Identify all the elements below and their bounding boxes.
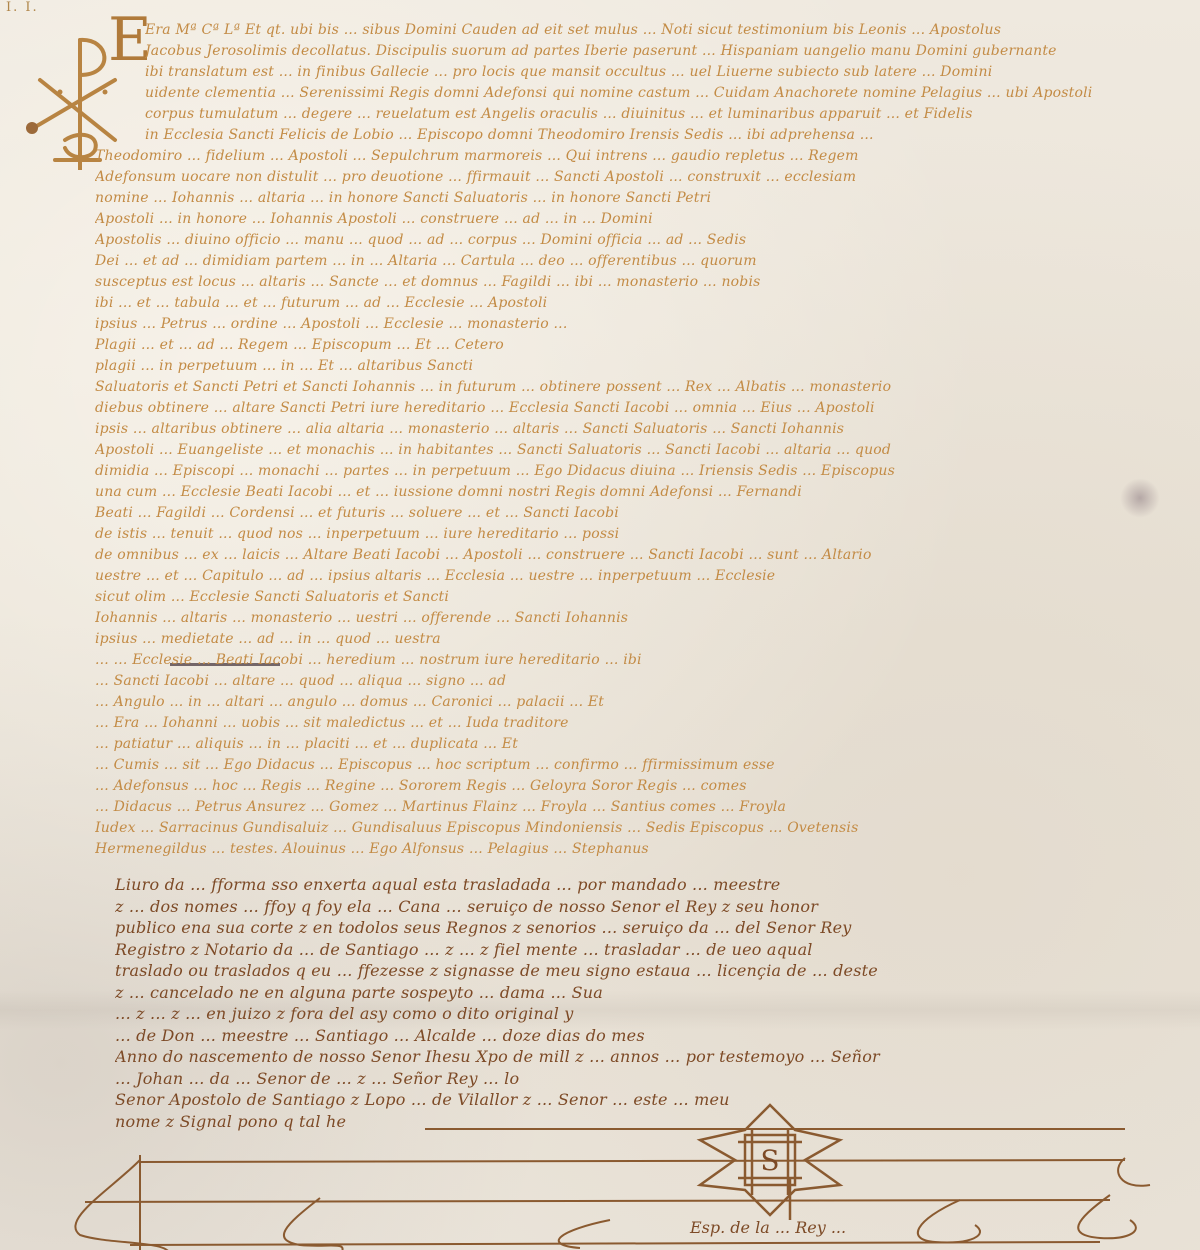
latin-line: Beati ... Fagildi ... Cordensi ... et fu… [95, 505, 1195, 521]
latin-line: una cum ... Ecclesie Beati Iacobi ... et… [95, 484, 1195, 500]
latin-line: Iudex ... Sarracinus Gundisaluiz ... Gun… [95, 820, 1195, 836]
notarial-line: Senor Apostolo de Santiago z Lopo ... de… [115, 1090, 1145, 1109]
archive-mark: I. I. [6, 0, 39, 15]
latin-line: ibi translatum est ... in finibus Gallec… [145, 64, 1195, 80]
illuminated-initial: E [108, 10, 152, 70]
latin-line: susceptus est locus ... altaris ... Sanc… [95, 274, 1195, 290]
notary-caption: Esp. de la ... Rey ... [690, 1218, 846, 1237]
latin-line: Apostolis ... diuino officio ... manu ..… [95, 232, 1195, 248]
notarial-line: publico ena sua corte z en todolos seus … [115, 918, 1145, 937]
latin-line: corpus tumulatum ... degere ... reuelatu… [145, 106, 1195, 122]
latin-line: ... Era ... Iohanni ... uobis ... sit ma… [95, 715, 1195, 731]
latin-line: Apostoli ... Euangeliste ... et monachis… [95, 442, 1195, 458]
latin-line: ibi ... et ... tabula ... et ... futurum… [95, 295, 1195, 311]
latin-line: Theodomiro ... fidelium ... Apostoli ...… [95, 148, 1195, 164]
latin-line: uestre ... et ... Capitulo ... ad ... ip… [95, 568, 1195, 584]
latin-line: ... Sancti Iacobi ... altare ... quod ..… [95, 673, 1195, 689]
latin-line: Dei ... et ad ... dimidiam partem ... in… [95, 253, 1195, 269]
notarial-line: z ... cancelado ne en alguna parte sospe… [115, 983, 1145, 1002]
latin-line: dimidia ... Episcopi ... monachi ... par… [95, 463, 1195, 479]
latin-line: de omnibus ... ex ... laicis ... Altare … [95, 547, 1195, 563]
signature-flourishes [0, 1130, 1200, 1250]
latin-line: Apostoli ... in honore ... Iohannis Apos… [95, 211, 1195, 227]
latin-line: ipsius ... Petrus ... ordine ... Apostol… [95, 316, 1195, 332]
latin-line: ... Adefonsus ... hoc ... Regis ... Regi… [95, 778, 1195, 794]
latin-line: in Ecclesia Sancti Felicis de Lobio ... … [145, 127, 1195, 143]
latin-line: Iohannis ... altaris ... monasterio ... … [95, 610, 1195, 626]
latin-line: sicut olim ... Ecclesie Sancti Saluatori… [95, 589, 1195, 605]
latin-line: ... ... Ecclesie ... Beati Iacobi ... he… [95, 652, 1195, 668]
latin-line: ipsius ... medietate ... ad ... in ... q… [95, 631, 1195, 647]
latin-line: Era Mª Cª Lª Et qt. ubi bis ... sibus Do… [145, 22, 1195, 38]
latin-line: Saluatoris et Sancti Petri et Sancti Ioh… [95, 379, 1195, 395]
latin-line: ... Cumis ... sit ... Ego Didacus ... Ep… [95, 757, 1195, 773]
latin-line: Plagii ... et ... ad ... Regem ... Episc… [95, 337, 1195, 353]
notarial-line: ... Johan ... da ... Senor de ... z ... … [115, 1069, 1145, 1088]
latin-line: ... Angulo ... in ... altari ... angulo … [95, 694, 1195, 710]
latin-line: diebus obtinere ... altare Sancti Petri … [95, 400, 1195, 416]
latin-line: ipsis ... altaribus obtinere ... alia al… [95, 421, 1195, 437]
latin-line: plagii ... in perpetuum ... in ... Et ..… [95, 358, 1195, 374]
latin-line: de istis ... tenuit ... quod nos ... inp… [95, 526, 1195, 542]
notarial-line: Registro z Notario da ... de Santiago ..… [115, 940, 1145, 959]
notarial-line: z ... dos nomes ... ffoy q foy ela ... C… [115, 897, 1145, 916]
latin-line: Adefonsum uocare non distulit ... pro de… [95, 169, 1195, 185]
latin-line: uidente clementia ... Serenissimi Regis … [145, 85, 1195, 101]
latin-line: ... Didacus ... Petrus Ansurez ... Gomez… [95, 799, 1195, 815]
notarial-line: traslado ou traslados q eu ... ffezesse … [115, 961, 1145, 980]
manuscript-page: I. I. E [0, 0, 1200, 1250]
latin-line: Jacobus Jerosolimis decollatus. Discipul… [145, 43, 1195, 59]
notarial-line: Anno do nascemento de nosso Senor Ihesu … [115, 1047, 1145, 1066]
notary-sign-letter: S [760, 1144, 779, 1177]
notarial-line: ... de Don ... meestre ... Santiago ... … [115, 1026, 1145, 1045]
latin-line: ... patiatur ... aliquis ... in ... plac… [95, 736, 1195, 752]
notarial-line: ... z ... z ... en juizo z fora del asy … [115, 1004, 1145, 1023]
notarial-line: Liuro da ... fforma sso enxerta aqual es… [115, 875, 1145, 894]
latin-line: nomine ... Iohannis ... altaria ... in h… [95, 190, 1195, 206]
notarial-line: nome z Signal pono q tal he [115, 1112, 1145, 1131]
latin-line: Hermenegildus ... testes. Alouinus ... E… [95, 841, 1195, 857]
